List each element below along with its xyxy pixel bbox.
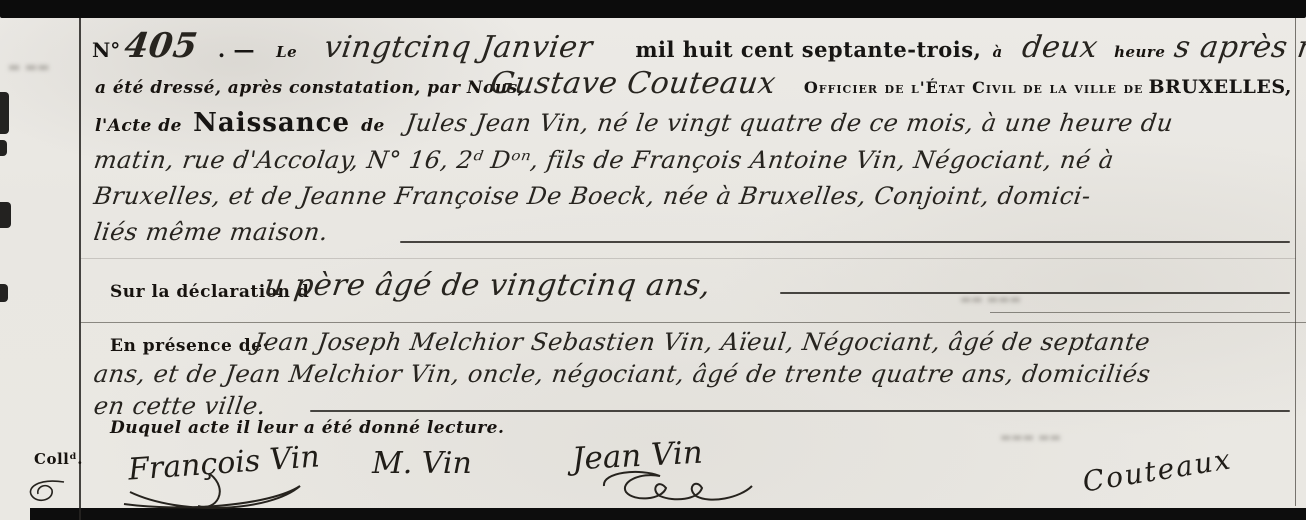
officer-title: Officier de l'État Civil de la ville de: [804, 78, 1144, 97]
act-number-label: N°: [92, 38, 120, 62]
le-label: Le: [276, 43, 297, 61]
closing-label: Duquel acte il leur a été donné lecture.: [110, 418, 504, 438]
separator-dash: . —: [218, 37, 255, 62]
scan-artifact: [0, 284, 8, 302]
act-number-value: 405: [122, 26, 200, 66]
birth-certificate-scan: ▬▬ ▬ ▬▬▬ ▬▬ ▬▬ ▬▬▬ N°405 . — Le vingtcin…: [0, 0, 1306, 520]
bleedthrough-artifact: ▬▬ ▬: [8, 60, 49, 75]
presence-line2: ans, et de Jean Melchior Vin, oncle, nég…: [92, 360, 1152, 388]
date-handwritten: vingtcinq Janvier: [322, 30, 595, 65]
declaration-handwritten: u père âgé de vingtcinq ans,: [262, 268, 713, 303]
act-body-line3: Bruxelles, et de Jeanne Françoise De Boe…: [92, 182, 1093, 210]
act-body-line1: Jules Jean Vin, né le vingt quatre de ce…: [404, 109, 1175, 137]
naissance-label: Naissance: [193, 108, 350, 138]
heure-label: heure: [1114, 43, 1165, 61]
hour-handwritten: deux: [1020, 30, 1100, 65]
section-divider: [80, 258, 1296, 259]
fill-in-rule: [780, 292, 1290, 294]
fill-in-rule: [310, 410, 1290, 412]
left-margin-rule: [79, 18, 81, 520]
signature-m-vin: M. Vin: [372, 446, 472, 481]
drafted-label: a été dressé, après constatation, par No…: [95, 78, 524, 98]
signature-flourish: [600, 468, 760, 504]
scan-top-edge: [0, 0, 1306, 18]
margin-paraph: [24, 476, 70, 506]
header-line: N°405 . — Le vingtcinq Janvier mil huit …: [92, 26, 1306, 66]
bleedthrough-artifact: ▬▬▬ ▬▬: [960, 292, 1021, 306]
officer-title-line: Officier de l'État Civil de la ville de …: [700, 76, 1292, 98]
fill-in-rule: [990, 312, 1290, 313]
year-printed: mil huit cent septante-trois,: [635, 37, 981, 62]
de-label: de: [361, 116, 385, 136]
margin-colle-label: Collᵈ.: [34, 450, 83, 468]
at-label: à: [992, 43, 1002, 61]
signature-flourish: [120, 472, 340, 516]
act-title-line: l'Acte de Naissance de Jules Jean Vin, n…: [95, 108, 1171, 138]
ampm-handwritten: s après midi: [1172, 30, 1306, 65]
acte-de-label: l'Acte de: [95, 116, 182, 136]
signature-couteaux: Couteaux: [1080, 442, 1234, 498]
act-body-line2: matin, rue d'Accolay, N° 16, 2ᵈ Dᵒⁿ, fil…: [92, 146, 1116, 174]
presence-label: En présence de·: [110, 336, 269, 356]
officer-city: BRUXELLES,: [1148, 76, 1292, 98]
bleedthrough-artifact: ▬▬ ▬▬▬: [1000, 430, 1061, 444]
presence-line3: en cette ville.: [92, 392, 268, 420]
act-body-line4: liés même maison.: [92, 218, 330, 246]
scan-artifact: [0, 140, 7, 156]
scan-artifact: [0, 202, 11, 228]
scan-artifact: [0, 92, 9, 134]
fill-in-rule: [400, 241, 1290, 243]
presence-line1: Jean Joseph Melchior Sebastien Vin, Aïeu…: [252, 328, 1152, 356]
section-divider: [80, 322, 1306, 323]
right-margin-rule: [1295, 18, 1296, 506]
